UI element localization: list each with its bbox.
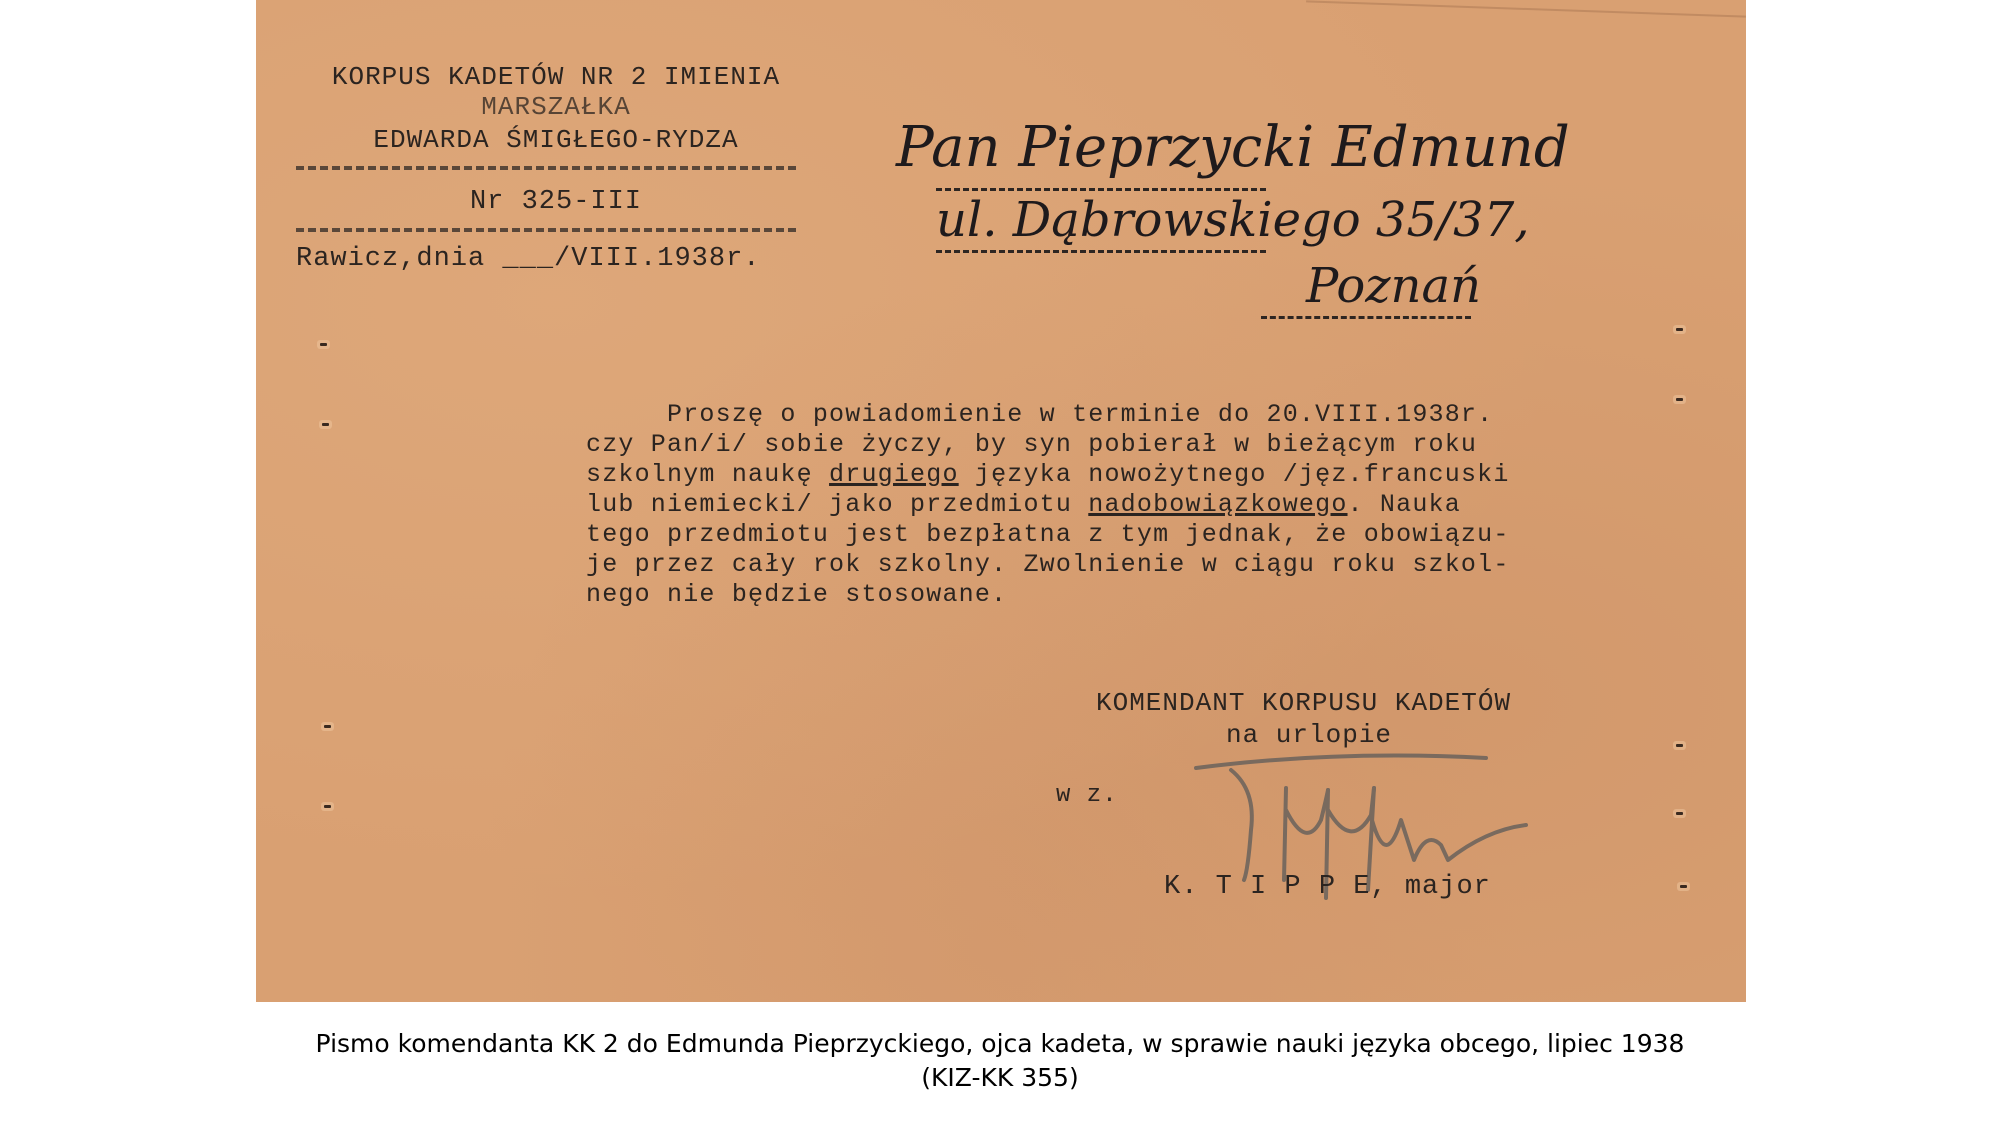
body-line-4-start: lub niemiecki/ jako przedmiotu — [586, 490, 1088, 519]
body-line-3: szkolnym naukę drugiego języka nowożytne… — [586, 460, 1586, 490]
address-rule-2 — [936, 250, 1266, 253]
paper-fold — [1306, 0, 1746, 17]
document-scan: KORPUS KADETÓW NR 2 IMIENIA MARSZAŁKA ED… — [256, 0, 1746, 1002]
on-behalf-label: w z. — [1056, 782, 1118, 809]
punch-mark — [1680, 885, 1687, 888]
underlined-word-nadobowiazkowego: nadobowiązkowego — [1088, 490, 1347, 519]
letterhead-line-3: EDWARDA ŚMIGŁEGO-RYDZA — [296, 125, 816, 155]
signatory-title: KOMENDANT KORPUSU KADETÓW — [1096, 688, 1511, 718]
caption-line-1: Pismo komendanta KK 2 do Edmunda Pieprzy… — [0, 1027, 2000, 1061]
punch-mark — [320, 343, 327, 346]
body-line-7: nego nie będzie stosowane. — [586, 580, 1586, 610]
caption-line-2: (KIZ-KK 355) — [0, 1061, 2000, 1095]
body-line-3-rest: języka nowożytnego /jęz.francuski — [959, 460, 1510, 489]
document-number: Nr 325-III — [296, 187, 816, 217]
addressee-street: ul. Dąbrowskiego 35/37, — [936, 192, 1529, 248]
body-line-3-start: szkolnym naukę — [586, 460, 829, 489]
punch-mark — [322, 423, 329, 426]
body-line-4: lub niemiecki/ jako przedmiotu nadobowią… — [586, 490, 1586, 520]
underlined-word-drugiego: drugiego — [829, 460, 959, 489]
punch-mark — [324, 805, 331, 808]
signatory-subtitle: na urlopie — [1226, 720, 1392, 750]
letter-body: Proszę o powiadomienie w terminie do 20.… — [586, 400, 1586, 610]
letterhead-rule-top — [296, 166, 796, 170]
punch-mark — [1676, 812, 1683, 815]
body-line-4-rest: . Nauka — [1348, 490, 1461, 519]
letterhead-rule-bottom — [296, 228, 796, 232]
punch-mark — [324, 725, 331, 728]
body-line-2: czy Pan/i/ sobie życzy, by syn pobierał … — [586, 430, 1586, 460]
addressee-city: Poznań — [1306, 258, 1481, 314]
body-line-6: je przez cały rok szkolny. Zwolnienie w … — [586, 550, 1586, 580]
punch-mark — [1676, 744, 1683, 747]
body-line-5: tego przedmiotu jest bezpłatna z tym jed… — [586, 520, 1586, 550]
addressee-name: Pan Pieprzycki Edmund — [896, 115, 1570, 180]
date-line: Rawicz,dnia ___/VIII.1938r. — [296, 244, 760, 274]
signatory-name: K. T I P P E, major — [1164, 872, 1491, 902]
address-rule-1 — [936, 188, 1266, 191]
punch-mark — [1676, 398, 1683, 401]
letterhead-line-1: KORPUS KADETÓW NR 2 IMIENIA — [296, 62, 816, 92]
address-rule-3 — [1261, 316, 1471, 319]
body-line-1: Proszę o powiadomienie w terminie do 20.… — [586, 400, 1586, 430]
letterhead-line-2: MARSZAŁKA — [296, 92, 816, 122]
punch-mark — [1676, 328, 1683, 331]
